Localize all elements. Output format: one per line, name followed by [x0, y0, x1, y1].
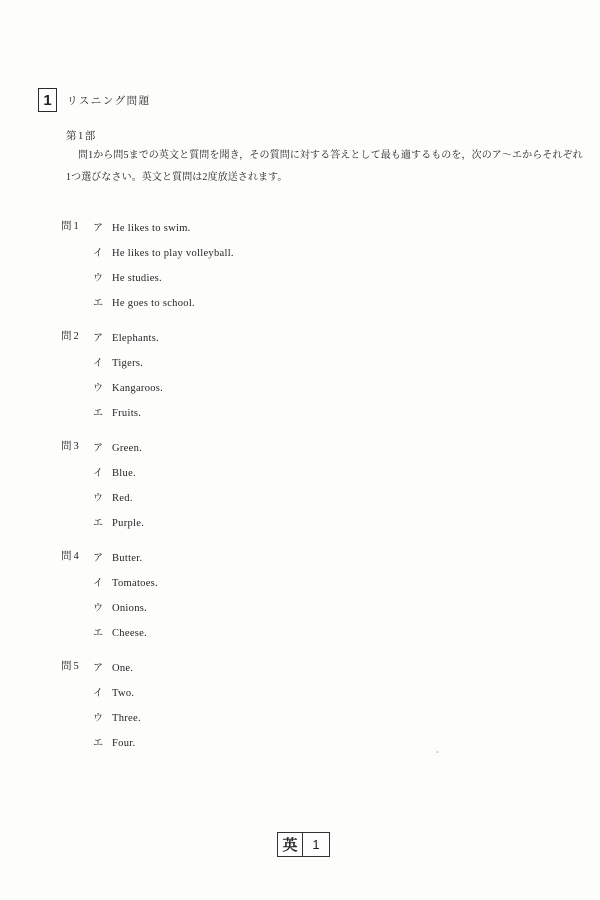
- option-text: Onions.: [112, 603, 147, 614]
- option-row: アButter.: [93, 544, 600, 569]
- option-text: Fruits.: [112, 408, 141, 419]
- option-kana: イ: [93, 681, 112, 706]
- option-row: ウKangaroos.: [93, 374, 600, 399]
- option-kana: エ: [93, 291, 112, 316]
- option-row: イHe likes to play volleyball.: [93, 239, 600, 264]
- question-block: 問1 アHe likes to swim. イHe likes to play …: [0, 214, 600, 314]
- option-kana: イ: [93, 571, 112, 596]
- option-kana: ア: [93, 216, 112, 241]
- option-text: Cheese.: [112, 628, 147, 639]
- option-row: ウThree.: [93, 704, 600, 729]
- option-row: アElephants.: [93, 324, 600, 349]
- option-kana: ア: [93, 436, 112, 461]
- option-row: ウRed.: [93, 484, 600, 509]
- question-label: 問3: [61, 434, 81, 459]
- option-row: エPurple.: [93, 509, 600, 534]
- option-text: He likes to swim.: [112, 223, 191, 234]
- option-row: エCheese.: [93, 619, 600, 644]
- option-list: アHe likes to swim. イHe likes to play vol…: [93, 214, 600, 314]
- option-kana: イ: [93, 241, 112, 266]
- section-header: 1 リスニング問題: [38, 88, 151, 112]
- option-row: アOne.: [93, 654, 600, 679]
- option-row: イTigers.: [93, 349, 600, 374]
- option-kana: イ: [93, 351, 112, 376]
- option-kana: ア: [93, 546, 112, 571]
- option-list: アButter. イTomatoes. ウOnions. エCheese.: [93, 544, 600, 644]
- question-block: 問3 アGreen. イBlue. ウRed. エPurple.: [0, 434, 600, 534]
- option-text: Green.: [112, 443, 142, 454]
- part-heading: 第1部: [66, 128, 97, 143]
- option-row: イBlue.: [93, 459, 600, 484]
- option-row: エFruits.: [93, 399, 600, 424]
- option-kana: エ: [93, 621, 112, 646]
- exam-page: { "page": { "section_number": "1", "sect…: [0, 0, 600, 900]
- option-text: He goes to school.: [112, 298, 195, 309]
- option-kana: イ: [93, 461, 112, 486]
- option-kana: ウ: [93, 596, 112, 621]
- section-number: 1: [43, 92, 51, 109]
- option-list: アOne. イTwo. ウThree. エFour.: [93, 654, 600, 754]
- option-row: エFour.: [93, 729, 600, 754]
- question-label: 問4: [61, 544, 81, 569]
- option-text: Kangaroos.: [112, 383, 163, 394]
- section-number-box: 1: [38, 88, 57, 112]
- option-text: Tomatoes.: [112, 578, 158, 589]
- option-row: イTomatoes.: [93, 569, 600, 594]
- option-kana: ウ: [93, 486, 112, 511]
- question-label: 問2: [61, 324, 81, 349]
- section-title: リスニング問題: [67, 93, 151, 108]
- option-row: アHe likes to swim.: [93, 214, 600, 239]
- option-text: Three.: [112, 713, 141, 724]
- question-block: 問2 アElephants. イTigers. ウKangaroos. エFru…: [0, 324, 600, 424]
- option-kana: エ: [93, 731, 112, 756]
- instruction-line-2: 1つ選びなさい。英文と質問は2度放送されます。: [66, 167, 583, 189]
- option-kana: エ: [93, 401, 112, 426]
- option-kana: ア: [93, 326, 112, 351]
- option-row: アGreen.: [93, 434, 600, 459]
- question-block: 問4 アButter. イTomatoes. ウOnions. エCheese.: [0, 544, 600, 644]
- option-text: He likes to play volleyball.: [112, 248, 234, 259]
- option-text: Red.: [112, 493, 133, 504]
- subject-label: 英: [278, 833, 303, 856]
- option-text: Butter.: [112, 553, 142, 564]
- scan-artifact-dot: [436, 751, 439, 753]
- footer-page-box: 英 1: [277, 832, 330, 857]
- option-list: アElephants. イTigers. ウKangaroos. エFruits…: [93, 324, 600, 424]
- option-kana: ウ: [93, 376, 112, 401]
- option-text: He studies.: [112, 273, 162, 284]
- instructions: 問1から問5までの英文と質問を聞き，その質問に対する答えとして最も適するものを，…: [66, 145, 583, 188]
- option-row: ウHe studies.: [93, 264, 600, 289]
- option-kana: ウ: [93, 266, 112, 291]
- instruction-line-1: 問1から問5までの英文と質問を聞き，その質問に対する答えとして最も適するものを，…: [66, 145, 583, 167]
- question-label: 問1: [61, 214, 81, 239]
- option-text: Tigers.: [112, 358, 143, 369]
- option-list: アGreen. イBlue. ウRed. エPurple.: [93, 434, 600, 534]
- option-text: Blue.: [112, 468, 136, 479]
- question-label: 問5: [61, 654, 81, 679]
- option-text: Purple.: [112, 518, 144, 529]
- option-kana: ア: [93, 656, 112, 681]
- option-row: イTwo.: [93, 679, 600, 704]
- option-text: Four.: [112, 738, 135, 749]
- page-number: 1: [303, 833, 329, 856]
- option-text: Elephants.: [112, 333, 159, 344]
- option-text: Two.: [112, 688, 134, 699]
- option-text: One.: [112, 663, 133, 674]
- option-row: ウOnions.: [93, 594, 600, 619]
- option-kana: エ: [93, 511, 112, 536]
- option-kana: ウ: [93, 706, 112, 731]
- question-block: 問5 アOne. イTwo. ウThree. エFour.: [0, 654, 600, 754]
- option-row: エHe goes to school.: [93, 289, 600, 314]
